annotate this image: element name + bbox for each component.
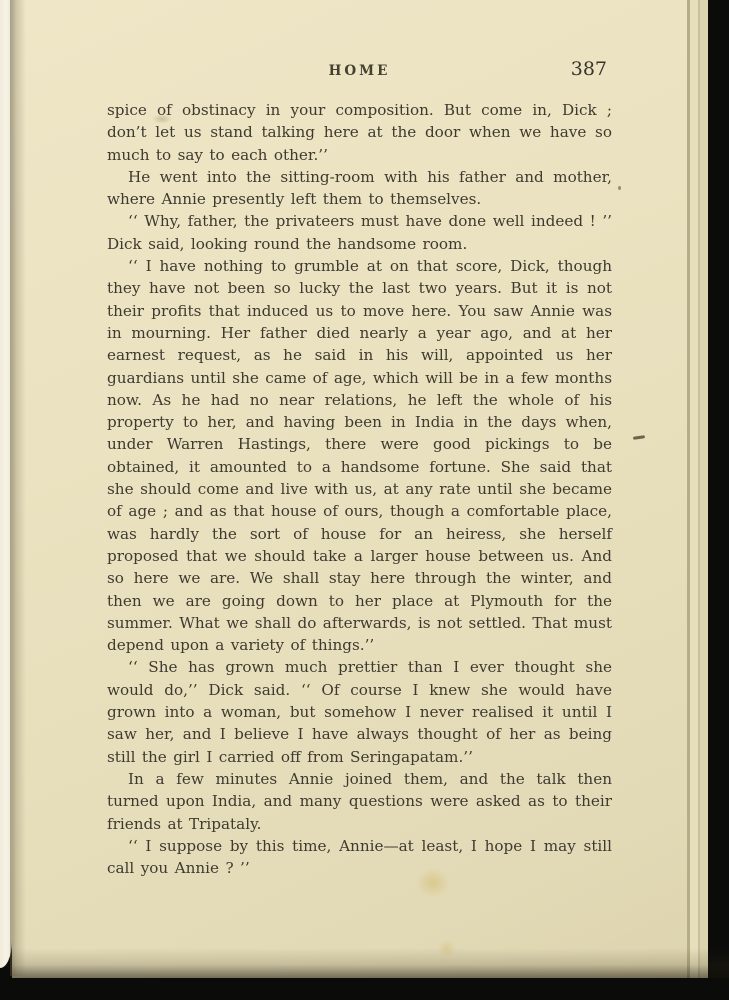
- book-scan-scene: HOME 387 spice of obstinacy in your comp…: [0, 0, 729, 1000]
- page-content: HOME 387 spice of obstinacy in your comp…: [107, 0, 612, 978]
- paragraph: ‘‘ I suppose by this time, Annie—at leas…: [107, 835, 612, 880]
- page-number: 387: [571, 58, 607, 80]
- paragraph: ‘‘ I have nothing to grumble at on that …: [107, 255, 612, 656]
- paragraph: In a few minutes Annie joined them, and …: [107, 768, 612, 835]
- paragraph: ‘‘ She has grown much prettier than I ev…: [107, 656, 612, 767]
- book-page: HOME 387 spice of obstinacy in your comp…: [12, 0, 708, 978]
- paragraph: ‘‘ Why, father, the privateers must have…: [107, 210, 612, 255]
- running-header: HOME 387: [107, 0, 612, 82]
- ink-mark: [633, 435, 645, 440]
- gutter-shadow: [10, 0, 26, 976]
- page-edge-line: [700, 0, 708, 978]
- paragraph: He went into the sitting-room with his f…: [107, 166, 612, 211]
- page-speck: [618, 186, 621, 190]
- book-bottom-shadow: [12, 948, 729, 978]
- running-title: HOME: [107, 63, 612, 79]
- paragraph: spice of obstinacy in your composition. …: [107, 99, 612, 166]
- text-block: spice of obstinacy in your composition. …: [107, 99, 612, 879]
- page-edge-stack: [687, 0, 708, 978]
- page-edge-line: [690, 0, 698, 978]
